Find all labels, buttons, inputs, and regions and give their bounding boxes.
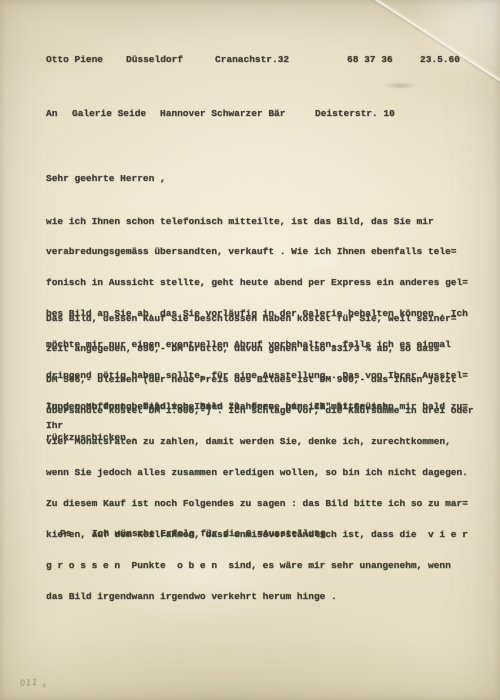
letter-line: das Bild irgendwann irgendwo verkehrt he… [46,592,474,602]
letter-line: fonisch in Aussicht stellte, geht heute … [46,278,468,288]
sender-street: Cranachstr.32 [215,55,289,65]
pencil-mark: 011s [20,677,43,688]
postscript-label: Ps [60,529,71,539]
signature: Ihr [46,421,63,431]
sender-phone: 68 37 36 [347,55,393,65]
letter-line: DM 566,- bleiben (der neue Preis des Bil… [46,375,474,385]
sender-city: Düsseldorf [126,55,183,65]
pencil-smudge [382,82,418,89]
letter-line: vier Monatsraten zu zahlen, damit werden… [46,437,474,447]
sender-name: Otto Piene [46,55,103,65]
postscript-text: Ich wünsche Erfolg für die G.=Ausstellun… [92,529,326,539]
recipient-street: Deisterstr. 10 [315,109,395,119]
body-paragraph-2: Das Bild, dessen Kauf Sie beschlossen ha… [46,293,474,623]
letter-line: verabredungsgemäss übersandten, verkauft… [46,247,468,257]
letter-line: Das Bild, dessen Kauf Sie beschlossen ha… [46,314,474,324]
closing-line: In der Hoffnung, bald von Ihnen zu hören… [46,402,394,412]
paper-crease [372,0,500,93]
letter-line: zeit angegeben, 850,- DM brutto, davon g… [46,344,474,354]
letter-line: g r o s s e n Punkte o b e n sind, es wä… [46,561,474,571]
pencil-mark-suffix: s [42,681,47,689]
letter-date: 23.5.60 [420,55,460,65]
letter-scan: Otto Piene Düsseldorf Cranachstr.32 68 3… [0,0,500,700]
recipient-gallery: Galerie Seide [72,109,146,119]
salutation: Sehr geehrte Herren , [46,174,166,184]
recipient-prefix: An [46,109,57,119]
pencil-mark-number: 011 [20,678,39,688]
recipient-city: Hannover Schwarzer Bär [160,109,285,119]
letter-line: wie ich Ihnen schon telefonisch mitteilt… [46,217,468,227]
letter-line: wenn Sie jedoch alles zusammen erledigen… [46,468,474,478]
letter-line: Zu diesem Kauf ist noch Folgendes zu sag… [46,499,474,509]
